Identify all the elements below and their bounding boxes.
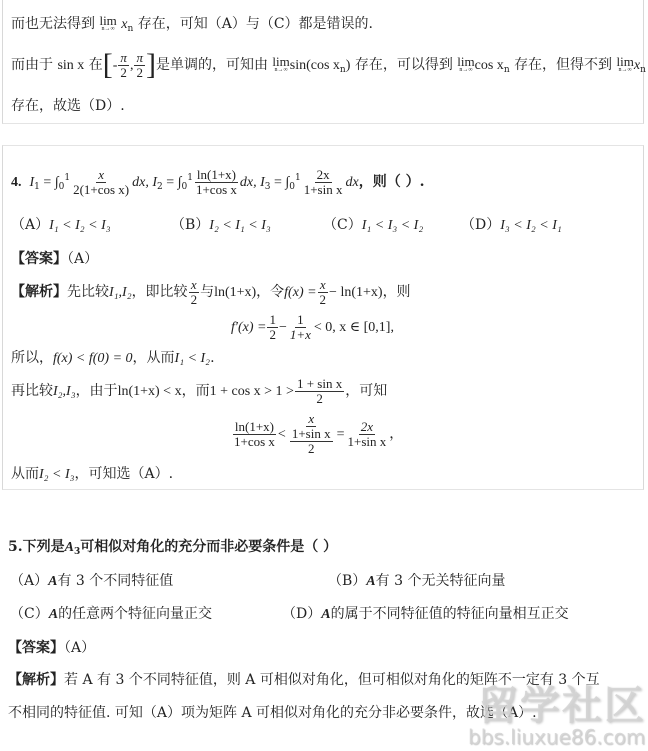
- q4-derivative: f′(x) =12−11+x< 0, x ∈ [0,1],: [231, 310, 394, 344]
- text: 而由于: [11, 57, 53, 73]
- limit-expr: limn→∞: [617, 57, 634, 73]
- math-sinx: sin x: [57, 58, 84, 73]
- right-bracket: ]: [146, 48, 156, 81]
- q4-compare-line: 再比较I₂,I₃，由于ln(1+x) < x，而1 + cos x > 1 >1…: [11, 374, 387, 408]
- watermark-url: bbs.liuxue86.com: [468, 726, 646, 748]
- option-c: （C）I₁ < I₃ < I₂: [323, 214, 423, 234]
- fraction-I2: ln(1+x)1+cos x: [194, 168, 239, 197]
- text: 在: [89, 57, 103, 73]
- option-b: （B）I₂ < I₁ < I₃: [171, 214, 271, 234]
- option-d: （D）I₃ < I₂ < I₁: [461, 214, 562, 234]
- prev-solution-line-2: 而由于 sin x 在[-π2,π2]是单调的，可知由 limn→∞sin(co…: [11, 48, 646, 82]
- text: 存在，但得不到: [514, 57, 612, 73]
- question-number: 4.: [11, 175, 22, 190]
- fraction: π2: [134, 51, 145, 80]
- q5-option-d: （D）A的属于不同特征值的特征向量相互正交: [282, 603, 569, 623]
- option-a: （A）I₁ < I₂ < I₃: [11, 214, 111, 234]
- subscript: n: [127, 24, 133, 34]
- watermark-title: 留学社区: [478, 686, 646, 726]
- math-expr: sin(cos x: [290, 58, 340, 73]
- answer-tag: 【答案】: [11, 251, 67, 267]
- analysis-tag: 【解析】: [11, 284, 67, 300]
- watermark: 留学社区 bbs.liuxue86.com: [478, 686, 646, 748]
- q4-inequality: ln(1+x)1+cos x<x1+sin x2=2x1+sin x，: [231, 408, 403, 460]
- q4-answer: 【答案】（A）: [11, 249, 98, 269]
- prev-solution-line-3: 存在，故选（D）.: [11, 96, 125, 116]
- q5-option-b: （B）A有 3 个无关特征向量: [328, 570, 505, 590]
- q5-option-c: （C）A的任意两个特征向量正交: [10, 603, 212, 623]
- q5-option-a: （A）A有 3 个不同特征值: [10, 570, 173, 590]
- limit-expr: limn→∞: [457, 57, 474, 73]
- q4-analysis-line-1: 【解析】先比较I₁,I₂，即比较x2与ln(1+x)，令f(x) =x2− ln…: [11, 276, 411, 308]
- text: 存在，可以得到: [355, 57, 453, 73]
- stem-tail: ，则（ ）.: [359, 174, 425, 190]
- q4-so-line: 所以，f(x) < f(0) = 0，从而I₁ < I₂.: [11, 348, 215, 369]
- q4-conclusion: 从而I₂ < I₃，可知选（A）.: [11, 464, 173, 485]
- limit-expr: limn→∞: [99, 16, 116, 32]
- question-4-panel: 4. I1 = ∫01x2(1+cos x)dx, I2 = ∫01ln(1+x…: [2, 145, 644, 490]
- text: 存在，可知（A）与（C）都是错误的.: [138, 16, 373, 32]
- answer-value: （A）: [67, 251, 98, 267]
- text: 是单调的，可知由: [156, 57, 268, 73]
- prev-solution-line-1: 而也无法得到 limn→∞ xn 存在，可知（A）与（C）都是错误的.: [11, 14, 373, 39]
- fraction-I1: x2(1+cos x): [71, 168, 131, 197]
- left-bracket: [: [103, 48, 113, 81]
- math-expr: cos x: [475, 58, 504, 73]
- q5-stem: 5.下列是A3可相似对角化的充分而非必要条件是（ ）: [8, 537, 337, 562]
- fraction-I3: 2x1+sin x: [302, 168, 345, 197]
- text: 而也无法得到: [11, 16, 95, 32]
- fraction: π2: [118, 51, 129, 80]
- limit-expr: limn→∞: [272, 57, 289, 73]
- q5-answer: 【答案】（A）: [8, 638, 95, 658]
- q4-stem: 4. I1 = ∫01x2(1+cos x)dx, I2 = ∫01ln(1+x…: [11, 156, 424, 200]
- previous-solution-panel: 而也无法得到 limn→∞ xn 存在，可知（A）与（C）都是错误的. 而由于 …: [2, 0, 644, 124]
- q5-analysis-line-2: 不相同的特征值. 可知（A）项为矩阵 A 可相似对角化的充分非必要条件，故选（A…: [8, 703, 537, 723]
